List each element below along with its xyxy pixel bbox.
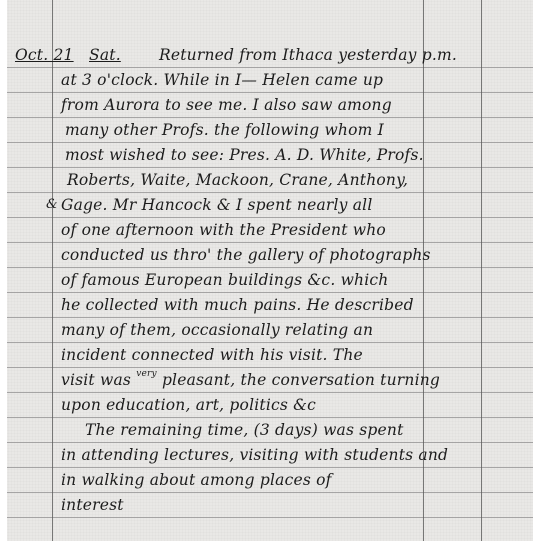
diary-page: Oct. 21 Sat. Returned from Ithaca yester… — [7, 0, 533, 541]
margin-ampersand: & — [46, 193, 58, 217]
entry-line: conducted us thro' the gallery of photog… — [7, 243, 533, 267]
entry-line: of one afternoon with the President who — [7, 218, 533, 242]
entry-line: visit was very pleasant, the conversatio… — [7, 368, 533, 392]
entry-line: Roberts, Waite, Mackoon, Crane, Anthony, — [7, 168, 533, 192]
entry-line: incident connected with his visit. The — [7, 343, 533, 367]
entry-line: from Aurora to see me. I also saw among — [7, 93, 533, 117]
entry-line: at 3 o'clock. While in I— Helen came up — [7, 68, 533, 92]
entry-line: many of them, occasionally relating an — [7, 318, 533, 342]
entry-line: interest — [7, 493, 533, 517]
ruled-line — [7, 517, 533, 518]
entry-line: in walking about among places of — [7, 468, 533, 492]
entry-line: many other Profs. the following whom I — [7, 118, 533, 142]
entry-line: most wished to see: Pres. A. D. White, P… — [7, 143, 533, 167]
entry-date: Oct. 21 — [15, 43, 74, 67]
entry-line: The remaining time, (3 days) was spent — [7, 418, 533, 442]
inserted-word: very — [136, 369, 157, 379]
entry-line: in attending lectures, visiting with stu… — [7, 443, 533, 467]
entry-day: Sat. — [89, 43, 121, 67]
entry-line: he collected with much pains. He describ… — [7, 293, 533, 317]
entry-line: of famous European buildings &c. which — [7, 268, 533, 292]
entry-line: Oct. 21 Sat. Returned from Ithaca yester… — [7, 43, 533, 67]
entry-line: upon education, art, politics &c — [7, 393, 533, 417]
entry-line: & Gage. Mr Hancock & I spent nearly all — [7, 193, 533, 217]
